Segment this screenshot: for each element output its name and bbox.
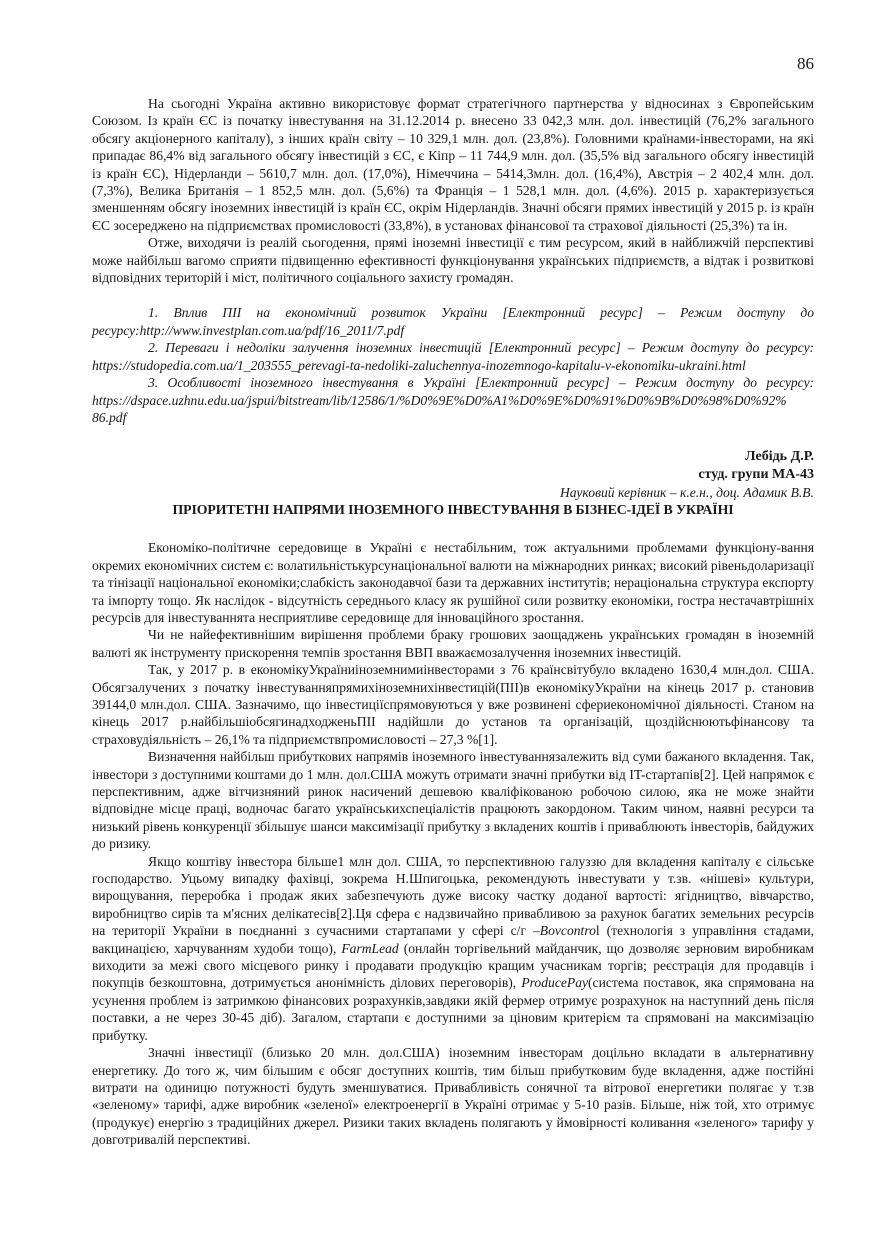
startup-name-farmlead: FarmLead [341,941,398,956]
startup-name-producepay: ProducePay [521,975,588,990]
author-block: Лебідь Д.Р. студ. групи МА-43 Науковий к… [92,448,814,501]
intro-paragraph-1: На сьогодні Україна активно використовує… [92,95,814,234]
article-paragraph-4: Визначення найбільш прибуткових напрямів… [92,748,814,852]
reference-item: 1. Вплив ПІІ на економічний розвиток Укр… [92,304,814,339]
intro-paragraph-2: Отже, виходячи із реалій сьогодення, пря… [92,234,814,286]
article-paragraph-3: Так, у 2017 р. в економікуУкраїниіноземн… [92,661,814,748]
article-paragraph-1: Економіко-політичне середовище в Україні… [92,539,814,626]
page-content: На сьогодні Україна активно використовує… [92,95,814,1149]
article-paragraph-5: Якщо коштіву інвестора більше1 млн дол. … [92,853,814,1044]
reference-item: 3. Особливості іноземного інвестування в… [92,374,814,426]
author-name: Лебідь Д.Р. [92,448,814,466]
article-paragraph-6: Значні інвестиції (близько 20 млн. дол.С… [92,1044,814,1148]
page-number: 86 [797,54,814,74]
references-list: 1. Вплив ПІІ на економічний розвиток Укр… [92,304,814,426]
article-title: ПРІОРИТЕТНІ НАПРЯМИ ІНОЗЕМНОГО ІНВЕСТУВА… [92,501,814,519]
startup-name-bovcontrol: Bovcontro [540,923,596,938]
document-page: 86 На сьогодні Україна активно використо… [0,0,876,1240]
author-group: студ. групи МА-43 [92,466,814,484]
supervisor: Науковий керівник – к.е.н., доц. Адамик … [92,484,814,501]
reference-item: 2. Переваги і недоліки залучення іноземн… [92,339,814,374]
article-paragraph-2: Чи не найефективнішим вирішення проблеми… [92,626,814,661]
